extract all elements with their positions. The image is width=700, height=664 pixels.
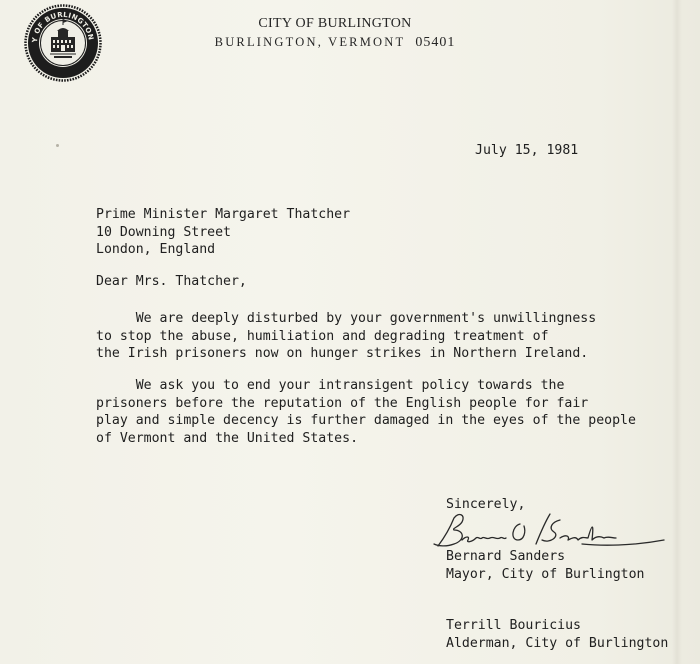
letterhead-city-name: CITY OF BURLINGTON [190, 16, 480, 32]
signatory-title: Mayor, City of Burlington [446, 566, 645, 584]
body-line: the Irish prisoners now on hunger strike… [96, 345, 596, 363]
recipient-name: Prime Minister Margaret Thatcher [96, 206, 350, 224]
signatory-mayor: Bernard SandersMayor, City of Burlington [446, 548, 645, 583]
recipient-address: Prime Minister Margaret Thatcher10 Downi… [96, 206, 350, 259]
signatory-name: Terrill Bouricius [446, 617, 668, 635]
city-seal-icon: CITY OF BURLINGTON VT. [24, 4, 102, 82]
paper-crease [672, 0, 682, 664]
signatory-name: Bernard Sanders [446, 548, 645, 566]
signatory-title: Alderman, City of Burlington [446, 635, 668, 653]
paper-speck [56, 144, 59, 147]
body-paragraph: We ask you to end your intransigent poli… [96, 377, 636, 447]
letterhead-address: BURLINGTON, VERMONT05401 [190, 33, 480, 52]
body-line: We ask you to end your intransigent poli… [96, 377, 636, 395]
signatory-alderman: Terrill BouriciusAlderman, City of Burli… [446, 617, 668, 652]
body-line: to stop the abuse, humiliation and degra… [96, 328, 596, 346]
handwritten-signature-icon [432, 510, 672, 552]
letter-date: July 15, 1981 [475, 142, 578, 160]
letterhead-zip: 05401 [415, 35, 455, 50]
recipient-city: London, England [96, 241, 350, 259]
body-line: play and simple decency is further damag… [96, 412, 636, 430]
salutation: Dear Mrs. Thatcher, [96, 273, 247, 291]
body-line: of Vermont and the United States. [96, 430, 636, 448]
body-line: prisoners before the reputation of the E… [96, 395, 636, 413]
letterhead-city-state: BURLINGTON, VERMONT [215, 35, 406, 49]
letterhead: CITY OF BURLINGTON BURLINGTON, VERMONT05… [190, 16, 480, 52]
body-line: We are deeply disturbed by your governme… [96, 310, 596, 328]
body-paragraph: We are deeply disturbed by your governme… [96, 310, 596, 363]
recipient-street: 10 Downing Street [96, 224, 350, 242]
